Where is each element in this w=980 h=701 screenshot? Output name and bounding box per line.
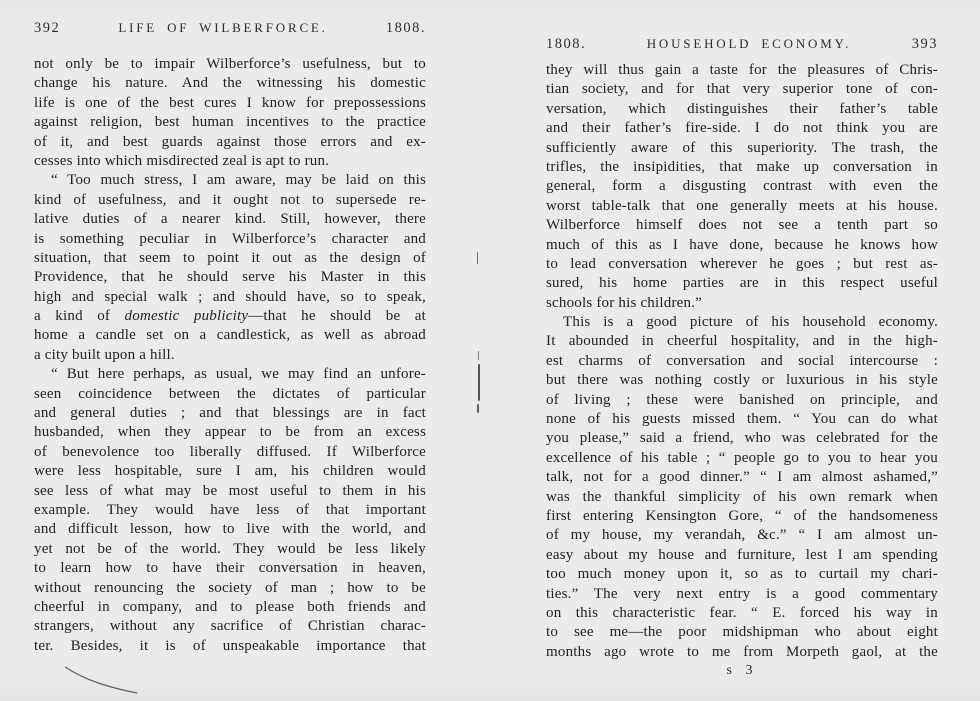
pen-scratch-mark (55, 656, 147, 700)
text-line: easy about my house and furniture, lest … (546, 546, 938, 565)
text-line: example. They would have less of that im… (34, 501, 426, 520)
paragraph: This is a good picture of his household … (546, 313, 938, 662)
text-line: Wilberforce himself does not see a tenth… (546, 216, 938, 235)
page-text: not only be to impair Wilberforce’s usef… (34, 55, 426, 656)
text-line: high and special walk ; and should have,… (34, 288, 426, 307)
text-line: and general duties ; and that blessings … (34, 404, 426, 423)
running-title: LIFE OF WILBERFORCE. (118, 20, 327, 36)
text-line: months ago wrote to me from Morpeth gaol… (546, 643, 938, 662)
text-line: schools for his children.” (546, 294, 938, 313)
signature-mark: s 3 (546, 663, 938, 679)
page-number: 393 (912, 36, 938, 53)
text-line: This is a good picture of his household … (546, 313, 938, 332)
text-line: and difficult lesson, how to live with t… (34, 520, 426, 539)
left-page: 392 LIFE OF WILBERFORCE. 1808. not only … (34, 20, 426, 656)
text-line: excellence of his table ; “ people go to… (546, 449, 938, 468)
text-line: of it, and best guards against those err… (34, 133, 426, 152)
page-text: they will thus gain a taste for the plea… (546, 61, 938, 662)
year-label: 1808. (546, 36, 586, 53)
text-line: seen coincidence between the dictates of… (34, 385, 426, 404)
paragraph: “ Too much stress, I am aware, may be la… (34, 171, 426, 365)
text-line: but there was nothing costly or luxuriou… (546, 371, 938, 390)
text-line: It abounded in cheerful hospitality, and… (546, 332, 938, 351)
text-line: general, form a disgusting contrast with… (546, 177, 938, 196)
text-line: a kind of domestic publicity—that he sho… (34, 307, 426, 326)
text-line: to learn how to have their conversation … (34, 559, 426, 578)
text-line: sufficiently aware of this superiority. … (546, 139, 938, 158)
text-line: without renouncing the society of man ; … (34, 579, 426, 598)
left-page-header: 392 LIFE OF WILBERFORCE. 1808. (34, 20, 426, 37)
text-line: you please,” said a friend, who was cele… (546, 429, 938, 448)
text-line: cesses into which misdirected zeal is ap… (34, 152, 426, 171)
year-label: 1808. (386, 20, 426, 37)
text-line: and their father’s fire-side. I do not t… (546, 119, 938, 138)
text-line: Providence, that he should serve his Mas… (34, 268, 426, 287)
text-line: is something peculiar in Wilberforce’s c… (34, 230, 426, 249)
text-line: of benevolence too liberally diffused. I… (34, 443, 426, 462)
text-line: sured, his home parties are in this resp… (546, 274, 938, 293)
text-line: husbanded, when they appear to be from a… (34, 423, 426, 442)
right-page-header: 1808. HOUSEHOLD ECONOMY. 393 (546, 20, 938, 53)
binding-artifact-mark (477, 252, 478, 264)
text-line: yet not be of the world. They would be l… (34, 540, 426, 559)
text-line: of living ; these were banished on princ… (546, 391, 938, 410)
text-line: was the thankful simplicity of his own r… (546, 488, 938, 507)
binding-artifact-mark (478, 364, 480, 401)
text-line: trifles, the insipidities, that make up … (546, 158, 938, 177)
text-line: talk, not for a good dinner.” “ I am alm… (546, 468, 938, 487)
text-line: much of this as I have done, because he … (546, 236, 938, 255)
text-line: of my house, my verandah, &c.” “ I am al… (546, 526, 938, 545)
text-line: versation, which distinguishes their fat… (546, 100, 938, 119)
text-line: to lead conversation wherever he goes ; … (546, 255, 938, 274)
text-line: against religion, best human incentives … (34, 113, 426, 132)
paragraph: they will thus gain a taste for the plea… (546, 61, 938, 313)
text-line: cheerful in company, and to please both … (34, 598, 426, 617)
text-line: est charms of conversation and social in… (546, 352, 938, 371)
book-scan-spread: 392 LIFE OF WILBERFORCE. 1808. not only … (0, 0, 980, 701)
paragraph: not only be to impair Wilberforce’s usef… (34, 55, 426, 171)
text-line: a city built upon a hill. (34, 346, 426, 365)
text-line: strangers, without any sacrifice of Chri… (34, 617, 426, 636)
text-line: life is one of the best cures I know for… (34, 94, 426, 113)
binding-artifact-mark (478, 351, 479, 360)
text-line: first entering Kensington Gore, “ of the… (546, 507, 938, 526)
page-number: 392 (34, 20, 60, 37)
right-page: 1808. HOUSEHOLD ECONOMY. 393 they will t… (546, 20, 938, 679)
text-line: lative duties of a nearer kind. Still, h… (34, 210, 426, 229)
text-line: kind of usefulness, and it ought not to … (34, 191, 426, 210)
text-line: situation, that seem to point it out as … (34, 249, 426, 268)
text-line: see less of what may be most useful to t… (34, 482, 426, 501)
text-line: tian society, and for that very superior… (546, 80, 938, 99)
text-line: on this characteristic fear. “ E. forced… (546, 604, 938, 623)
text-line: home a candle set on a candlestick, as w… (34, 326, 426, 345)
text-line: worst table-talk that one generally meet… (546, 197, 938, 216)
paragraph: “ But here perhaps, as usual, we may fin… (34, 365, 426, 656)
text-line: not only be to impair Wilberforce’s usef… (34, 55, 426, 74)
text-line: ter. Besides, it is of unspeakable impor… (34, 637, 426, 656)
text-line: to see me—the poor midshipman who about … (546, 623, 938, 642)
text-line: “ But here perhaps, as usual, we may fin… (34, 365, 426, 384)
running-title: HOUSEHOLD ECONOMY. (647, 36, 851, 52)
text-line: change his nature. And the witnessing hi… (34, 74, 426, 93)
text-line: were less hospitable, sure I am, his chi… (34, 462, 426, 481)
text-line: none of his guests missed them. “ You ca… (546, 410, 938, 429)
text-line: “ Too much stress, I am aware, may be la… (34, 171, 426, 190)
text-line: they will thus gain a taste for the plea… (546, 61, 938, 80)
binding-artifact-mark (477, 404, 479, 413)
text-line: too much money upon it, so as to curtail… (546, 565, 938, 584)
text-line: ties.” The very next entry is a good com… (546, 585, 938, 604)
